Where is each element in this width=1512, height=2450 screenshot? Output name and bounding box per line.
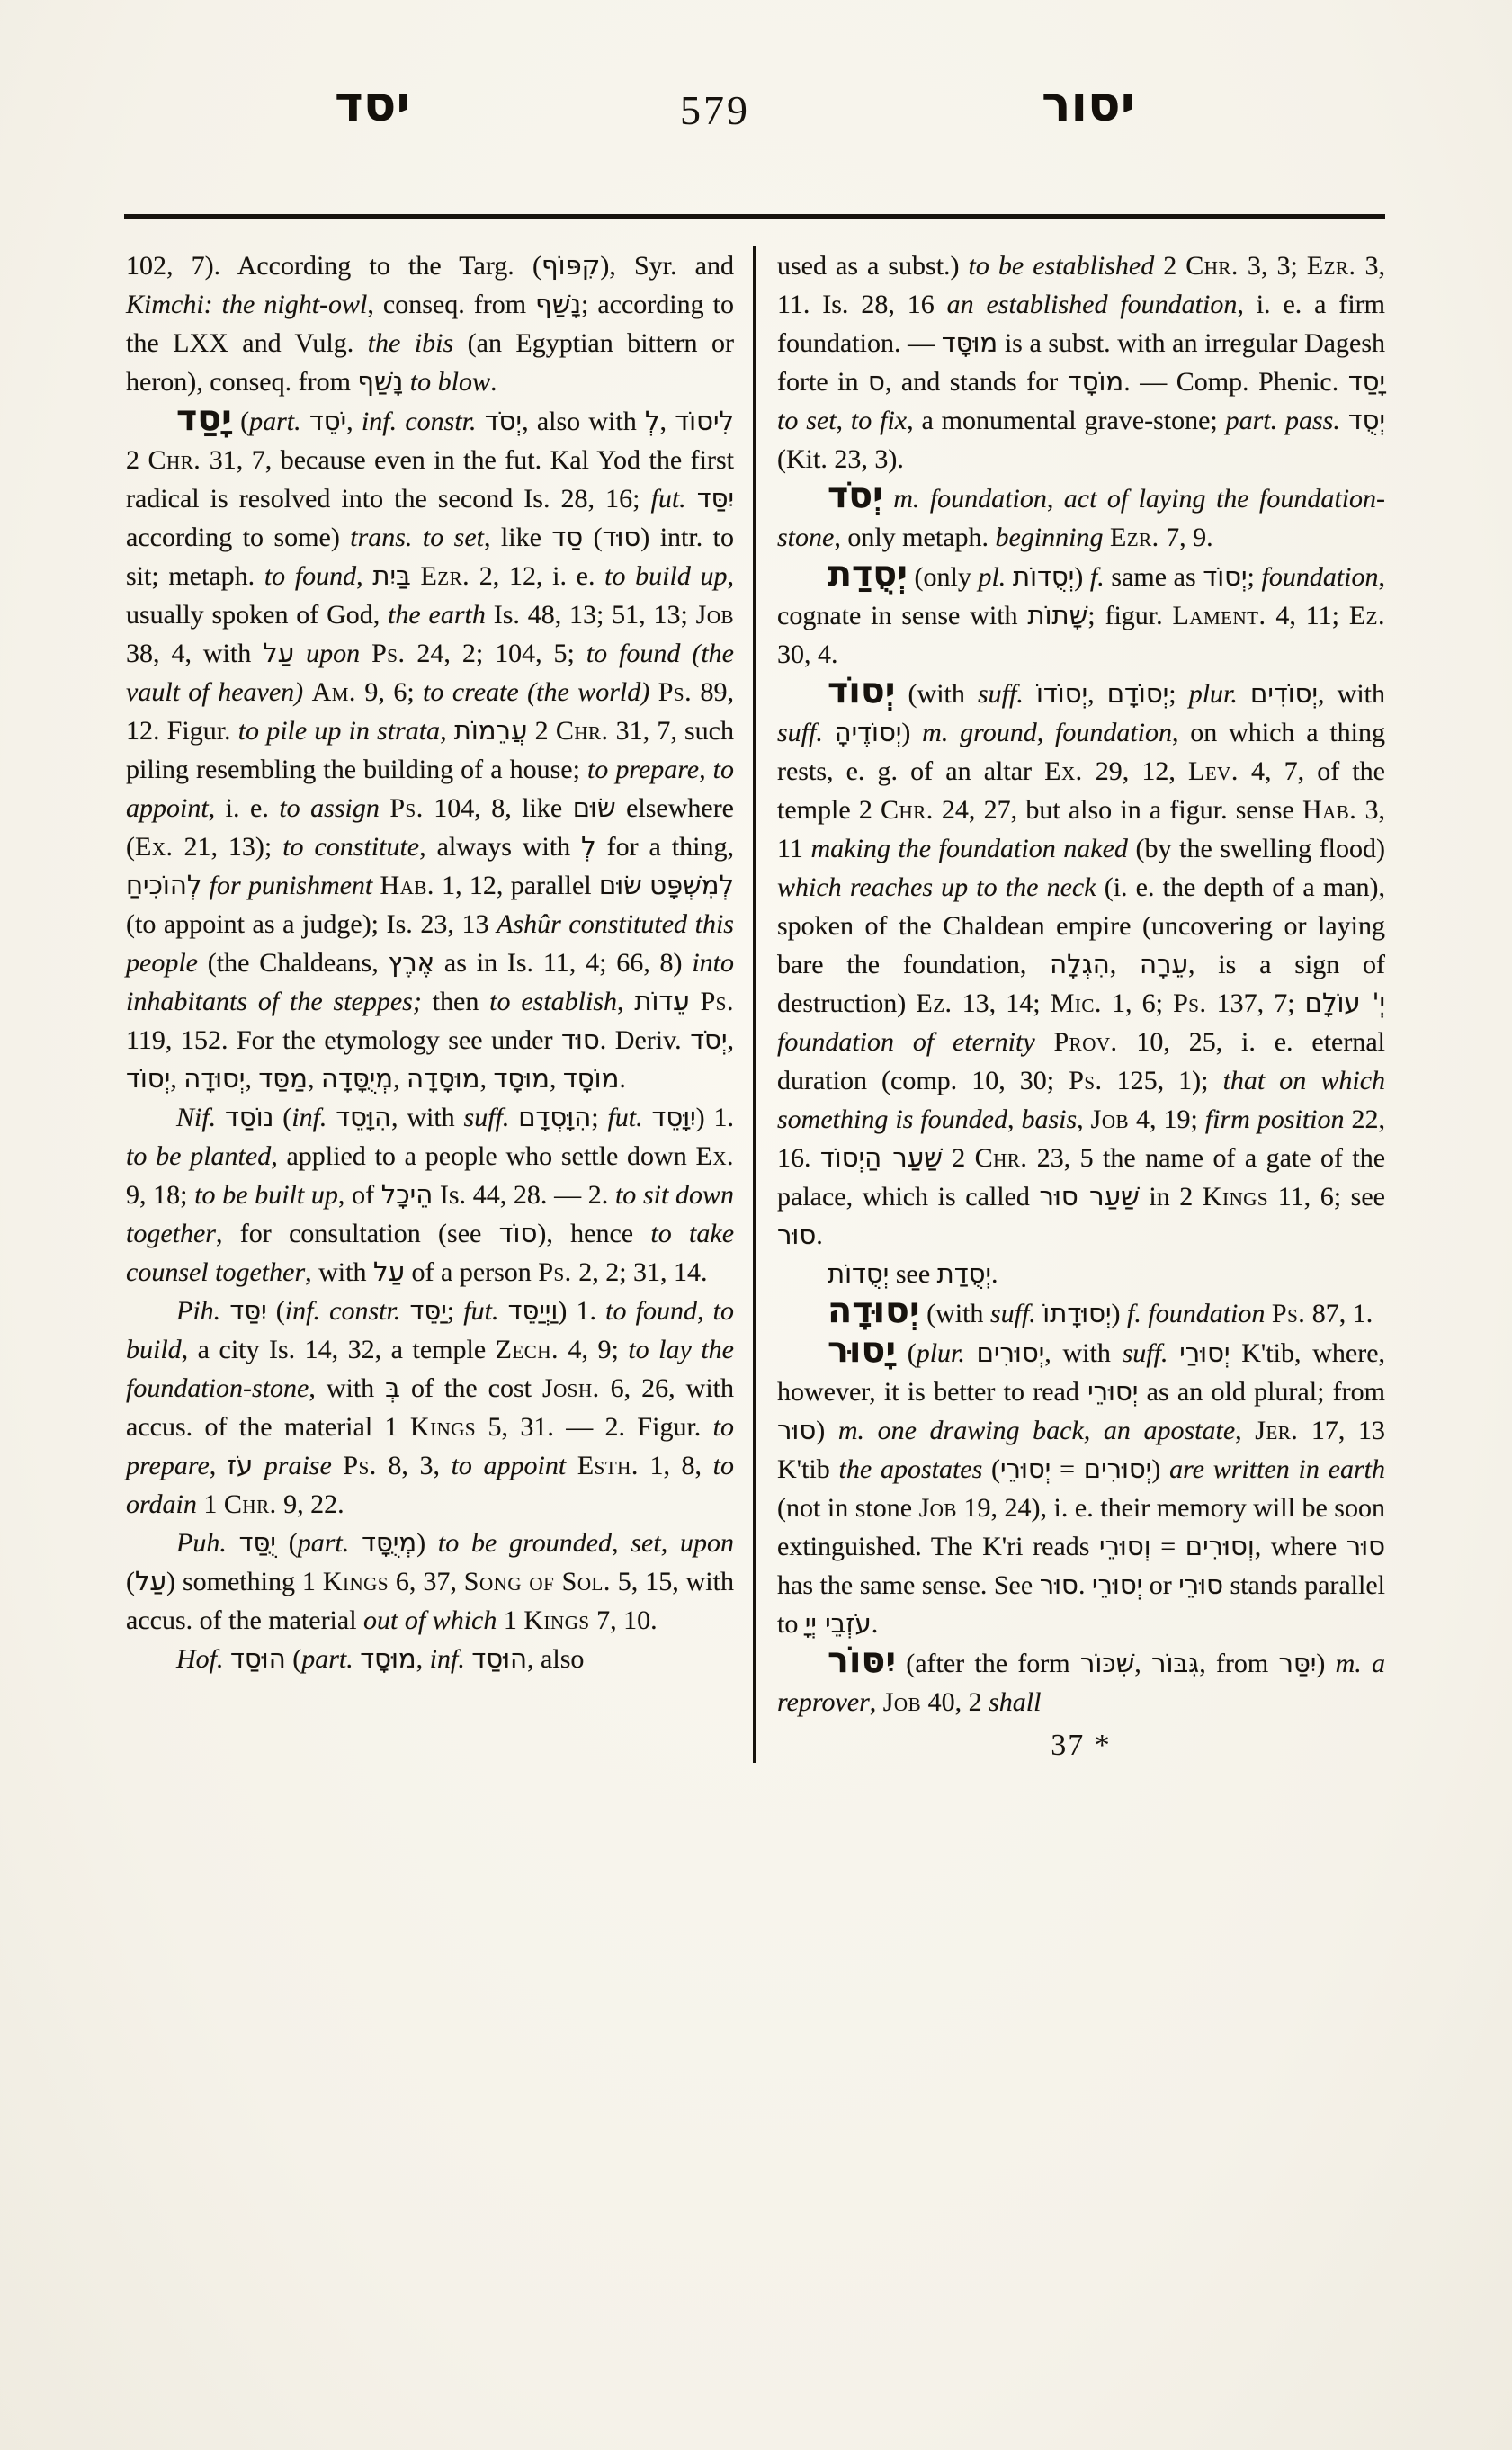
text-run: , always with — [419, 832, 581, 862]
text-run: ) — [816, 1416, 838, 1445]
text-run: , for consultation (see — [216, 1219, 499, 1248]
entry-paragraph: יָסוּר‎ (plur. יְסוּרִים‎, with suff. יְ… — [777, 1333, 1385, 1643]
text-run — [649, 677, 658, 707]
hebrew-word: עֵדוֹת‎ — [634, 986, 689, 1016]
hebrew-word: הִוָּסְדָם‎ — [518, 1102, 591, 1132]
hebrew-word: יְסוּרֵי‎ — [1087, 1376, 1138, 1407]
left-column-text: 102, 7). According to the Targ. (קִפּוֹף… — [126, 246, 734, 1678]
text-run: . — [619, 1064, 626, 1094]
italic-gloss: making the foundation naked — [811, 834, 1128, 863]
book-reference: Ex. — [1044, 756, 1083, 786]
italic-gloss: foundation of eternity — [777, 1027, 1035, 1057]
text-run: 1, 6; — [1102, 988, 1173, 1018]
book-reference: Hab. — [1302, 795, 1356, 825]
italic-gloss: Hof. — [176, 1644, 224, 1674]
text-run: 9, 6; — [356, 677, 423, 707]
text-run: ) — [1112, 1299, 1128, 1328]
italic-gloss: to found — [264, 561, 356, 591]
text-run: , i. e. — [209, 793, 280, 823]
text-run: Is. 44, 28. — 2. — [433, 1180, 615, 1210]
hebrew-word: לְמִשְׁפָּט‎ — [649, 870, 734, 900]
hebrew-word: יֹסֵד‎ — [309, 406, 346, 436]
text-run: . — Comp. Phenic. — [1123, 367, 1348, 397]
text-run: , also — [527, 1644, 584, 1674]
book-reference: Song of Sol. — [464, 1567, 611, 1596]
hebrew-word: עֹז‎ — [228, 1450, 253, 1480]
text-run: 2, 2; 31, 14. — [572, 1257, 708, 1287]
text-run: (Kit. 23, 3). — [777, 444, 904, 474]
italic-gloss: the earth — [388, 600, 486, 630]
hebrew-word: מְיֻסָּד‎ — [362, 1527, 416, 1558]
text-run: , — [479, 1064, 493, 1094]
italic-gloss: firm position — [1205, 1104, 1345, 1134]
text-run: 119, 152. For the etymology see under — [126, 1025, 561, 1055]
hebrew-word: לְ‎ — [645, 406, 660, 436]
hebrew-word: יְסוּרִים‎ — [1084, 1453, 1152, 1484]
hebrew-word: מוּסָד‎ — [493, 1063, 549, 1094]
italic-gloss: upon — [306, 639, 360, 668]
italic-gloss: an established foundation — [947, 290, 1238, 319]
text-run: ) something 1 — [166, 1567, 323, 1596]
text-run: ) — [416, 1528, 438, 1558]
hebrew-word: מוּסָד‎ — [360, 1643, 416, 1674]
text-run — [303, 677, 311, 707]
hebrew-word: וַיְיַסֵּד‎ — [508, 1295, 559, 1326]
text-run: ( — [276, 1528, 298, 1558]
text-run: ), Syr. and — [600, 251, 734, 281]
hebrew-word: יְסוּרֵי‎ — [1092, 1569, 1142, 1600]
book-reference: Lev. — [1188, 756, 1239, 786]
text-run: , where — [1255, 1532, 1346, 1561]
book-reference: Hab. — [380, 871, 434, 900]
text-run: 11, 6; see — [1268, 1182, 1385, 1212]
hebrew-word: יְסֻד‎ — [1348, 405, 1385, 435]
text-run: 2 — [943, 1143, 975, 1173]
text-run — [1238, 679, 1250, 709]
text-run: 13, 14; — [953, 988, 1051, 1018]
text-run: . — [1078, 1570, 1092, 1600]
text-run: (with — [895, 679, 978, 709]
text-run: , — [1134, 1649, 1151, 1678]
hebrew-word: יִסַּד‎ — [229, 1295, 266, 1326]
text-run: 2, 12, i. e. — [470, 561, 604, 591]
entry-paragraph: 102, 7). According to the Targ. (קִפּוֹף… — [126, 246, 734, 401]
italic-gloss: inf. constr. — [285, 1296, 401, 1326]
text-run: ( — [896, 1338, 917, 1368]
hebrew-word: סוּר‎ — [777, 1220, 816, 1250]
text-run — [1168, 1338, 1179, 1368]
text-run: 6, 37, — [389, 1567, 464, 1596]
text-run: ( — [126, 1567, 135, 1596]
text-run: ( — [982, 1454, 1000, 1484]
book-reference: Ps. — [538, 1257, 571, 1287]
text-run — [477, 407, 485, 436]
text-run: 1 — [197, 1489, 224, 1519]
book-reference: Prov. — [1054, 1027, 1118, 1057]
italic-gloss: foundation — [1262, 562, 1379, 592]
hebrew-word: שִׁכּוֹר‎ — [1080, 1648, 1134, 1678]
italic-gloss: to fix — [851, 406, 907, 435]
text-run: or — [1142, 1570, 1178, 1600]
text-run: (only — [908, 562, 979, 592]
text-columns: 102, 7). According to the Targ. (קִפּוֹף… — [126, 246, 1385, 1763]
italic-gloss: m. one drawing back, an apostate — [838, 1416, 1235, 1445]
hebrew-word: סוֹד‎ — [499, 1218, 538, 1248]
italic-gloss: Pih. — [176, 1296, 220, 1326]
hebrew-word: יְסוֹד‎ — [126, 1063, 170, 1094]
italic-gloss: which reaches up to the neck — [777, 872, 1096, 902]
italic-gloss: fut. — [607, 1103, 642, 1132]
text-run: . — [991, 1259, 998, 1289]
book-reference: Ps. — [658, 677, 692, 707]
book-reference: Esth. — [577, 1451, 639, 1480]
text-run: , — [1087, 679, 1107, 709]
text-run: 102, 7). According to the Targ. ( — [126, 251, 541, 281]
book-reference: Chr. — [975, 1143, 1028, 1173]
text-run: , applied to a people who settle down — [271, 1141, 695, 1171]
text-run: as in Is. 11, 4; 66, 8) — [434, 948, 692, 978]
text-run: , — [1007, 1104, 1022, 1134]
hebrew-word: יְסֻדוֹת‎ — [1013, 561, 1074, 592]
italic-gloss: part. — [249, 407, 301, 436]
hebrew-word: יְסֹד‎ — [485, 406, 522, 436]
italic-gloss: trans. to set — [350, 523, 484, 552]
text-run: , — [308, 1064, 321, 1094]
book-reference: Chr. — [224, 1489, 277, 1519]
column-divider-rule — [753, 246, 756, 1763]
text-run: , — [416, 1644, 430, 1674]
hebrew-word: יִסַּד‎ — [697, 483, 734, 514]
italic-gloss: inf. — [430, 1644, 465, 1674]
entry-paragraph: יְסוּדָה‎ (with suff. יְסוּדָתוֹ‎) f. fo… — [777, 1293, 1385, 1333]
hebrew-word: סוּר‎ — [777, 1415, 816, 1445]
book-reference: Kings — [410, 1412, 476, 1442]
hebrew-word: מְיֻסָּדָה‎ — [321, 1063, 393, 1094]
book-reference: Job — [919, 1493, 957, 1523]
text-run: , — [346, 407, 362, 436]
book-reference: Ezr. — [420, 561, 470, 591]
text-run: , with — [305, 1257, 373, 1287]
hebrew-headword: יָסַד‎ — [176, 398, 232, 439]
text-run: ) 1. — [558, 1296, 605, 1326]
text-run: , from — [1199, 1649, 1278, 1678]
text-run: (the Chaldeans, — [198, 948, 389, 978]
italic-gloss: suff. — [777, 718, 823, 747]
italic-gloss: the ibis — [368, 328, 453, 358]
text-run — [227, 1528, 239, 1558]
text-run: , a monumental grave-stone; — [907, 406, 1226, 435]
book-reference: Mic. — [1051, 988, 1102, 1018]
hebrew-word: יְסוֹדֶיהָ‎ — [835, 717, 902, 747]
hebrew-word: יְסוּרַי‎ — [1179, 1337, 1230, 1368]
italic-gloss: the apostates — [839, 1454, 983, 1484]
italic-gloss: to establish — [489, 987, 617, 1016]
hebrew-word: מוֹסָד‎ — [563, 1063, 619, 1094]
hebrew-word: הוּסַד‎ — [230, 1643, 286, 1674]
text-run — [216, 1103, 225, 1132]
text-run: . — [872, 1609, 879, 1639]
hebrew-word: בְּ‎ — [385, 1373, 400, 1403]
text-run — [643, 1103, 652, 1132]
hebrew-word: עֵרָה‎ — [1140, 949, 1188, 979]
book-reference: Ps. — [1069, 1066, 1102, 1095]
book-reference: Ex. — [696, 1141, 735, 1171]
hebrew-word: יְסוֹד‎ — [1203, 561, 1247, 592]
hebrew-word: הוּסַד‎ — [471, 1643, 527, 1674]
text-run — [642, 871, 649, 900]
book-reference: Ez. — [1349, 601, 1385, 630]
hebrew-word: קִפּוֹף‎ — [541, 250, 600, 281]
book-reference: Job — [883, 1687, 921, 1717]
book-reference: Kings — [523, 1605, 589, 1635]
hebrew-word: עַל‎ — [263, 638, 294, 668]
text-run: , — [356, 561, 372, 591]
hebrew-word: מַסַּד‎ — [258, 1063, 308, 1094]
text-run: ( — [273, 1103, 291, 1132]
hebrew-word: שַׁעַר סוּר‎ — [1040, 1181, 1140, 1212]
italic-gloss: to constitute — [282, 832, 419, 862]
italic-gloss: for punishment — [210, 871, 373, 900]
text-run: 29, 12, — [1083, 756, 1188, 786]
entry-paragraph: יְסוֹד‎ (with suff. יְסוֹדוֹ‎, יְסוֹדָם‎… — [777, 674, 1385, 1255]
hebrew-word: לְהוֹכִיחַ‎ — [126, 870, 201, 900]
text-run: 2 — [527, 716, 555, 746]
italic-gloss: to be grounded, set, upon — [438, 1528, 734, 1558]
book-reference: Josh. — [542, 1373, 600, 1403]
hebrew-word: שׂוּם‎ — [573, 792, 616, 823]
hebrew-word: עַל‎ — [135, 1566, 166, 1596]
hebrew-word: סוּר‎ — [1346, 1531, 1385, 1561]
hebrew-word: יֻסַּד‎ — [239, 1527, 276, 1558]
header-keyword-right: יסור — [1042, 76, 1135, 132]
book-reference: Ex. — [135, 832, 174, 862]
book-reference: Jer. — [1255, 1416, 1298, 1445]
hebrew-word: שַׁעַר הַיְסוֹד‎ — [820, 1142, 943, 1173]
text-run: ; — [1168, 679, 1188, 709]
italic-gloss: suff. — [1123, 1338, 1168, 1368]
page-number: 579 — [661, 86, 769, 134]
italic-gloss: f. foundation — [1127, 1299, 1265, 1328]
italic-gloss: inf. constr. — [362, 407, 477, 436]
text-run: , of — [338, 1180, 381, 1210]
hebrew-word: עַל‎ — [373, 1256, 405, 1287]
text-run: 21, 13); — [174, 832, 283, 862]
text-run: 1, 8, — [639, 1451, 713, 1480]
text-run — [380, 793, 390, 823]
text-run: , — [210, 1451, 228, 1480]
text-run: ) — [901, 718, 922, 747]
hebrew-headword: יִסּוֹר‎ — [828, 1640, 896, 1681]
book-reference: Ps. — [371, 639, 405, 668]
text-run: , with — [1318, 679, 1385, 709]
italic-gloss: beginning — [995, 523, 1103, 552]
hebrew-word: מוֹסָד‎ — [1068, 366, 1123, 397]
text-run: Is. 48, 13; 51, 13; — [486, 600, 696, 630]
text-run: . — [490, 367, 497, 397]
text-run: , — [245, 1064, 258, 1094]
text-run — [566, 1451, 577, 1480]
entry-paragraph: יְסֻדוֹת‎ see יְסֻדַת‎. — [777, 1255, 1385, 1293]
text-run: 87, 1. — [1305, 1299, 1373, 1328]
entry-paragraph: יְסֻדַת‎ (only pl. יְסֻדוֹת‎) f. same as… — [777, 557, 1385, 674]
text-run: ), hence — [537, 1219, 650, 1248]
hebrew-word: יִסַּר‎ — [1279, 1648, 1317, 1678]
text-run: , also with — [522, 407, 645, 436]
hebrew-word: הִוָּסֵד‎ — [336, 1102, 391, 1132]
hebrew-word: יְסוֹדוֹ‎ — [1036, 678, 1087, 709]
text-run: in 2 — [1140, 1182, 1203, 1212]
text-run: , — [1110, 950, 1140, 979]
text-run: according to some) — [126, 523, 350, 552]
hebrew-headword: יְסוֹד‎ — [828, 670, 895, 711]
text-run: , a city Is. 14, 32, a temple — [182, 1335, 496, 1364]
text-run: , — [660, 407, 675, 436]
text-run: used as a subst.) — [777, 251, 969, 281]
text-run: , — [550, 1064, 563, 1094]
text-run — [498, 1296, 507, 1326]
hebrew-word: יְסוּדָתוֹ‎ — [1042, 1298, 1111, 1328]
text-run: , with — [1044, 1338, 1122, 1368]
italic-gloss: to appoint — [452, 1451, 567, 1480]
text-run — [1035, 1027, 1054, 1057]
hebrew-word: עֲרֵמוֹת‎ — [454, 715, 528, 746]
italic-gloss: basis — [1021, 1104, 1077, 1134]
hebrew-word: סוּד‎ — [603, 522, 641, 552]
text-run: ) — [1151, 1454, 1169, 1484]
italic-gloss: to blow — [410, 367, 490, 397]
text-run: of a person — [405, 1257, 538, 1287]
italic-gloss: plur. — [917, 1338, 965, 1368]
entry-paragraph: יִסּוֹר‎ (after the form שִׁכּוֹר‎, גִּב… — [777, 1643, 1385, 1721]
hebrew-word: אֶרֶץ‎ — [389, 947, 435, 978]
hebrew-word: גִּבּוֹר‎ — [1151, 1648, 1199, 1678]
text-run — [360, 639, 371, 668]
hebrew-headword: יְסוּדָה‎ — [828, 1290, 920, 1331]
book-reference: Zech. — [496, 1335, 559, 1364]
text-run: 8, 3, — [377, 1451, 452, 1480]
text-run — [1024, 679, 1036, 709]
book-reference: Ez. — [916, 988, 952, 1018]
text-run: , — [440, 716, 454, 746]
hebrew-word: נוֹסַד‎ — [225, 1102, 273, 1132]
text-run: = — [1051, 1454, 1083, 1484]
hebrew-word: סוּד‎ — [561, 1024, 600, 1055]
book-reference: Kings — [323, 1567, 389, 1596]
book-reference: Chr. — [556, 716, 609, 746]
text-run: as an old plural; from — [1138, 1377, 1385, 1407]
hebrew-word: יְסוֹדָם‎ — [1107, 678, 1169, 709]
text-run: ( — [267, 1296, 285, 1326]
text-run — [1103, 523, 1110, 552]
text-run — [690, 987, 701, 1016]
text-run: , with — [309, 1373, 385, 1403]
book-reference: Ps. — [389, 793, 423, 823]
entry-paragraph: Hof. הוּסַד‎ (part. מוּסָד‎, inf. הוּסַד… — [126, 1640, 734, 1678]
text-run: ; — [1248, 562, 1262, 592]
hebrew-word: יְסוּדָה‎ — [183, 1063, 245, 1094]
text-run: . Deriv. — [600, 1025, 690, 1055]
italic-gloss: to assign — [279, 793, 380, 823]
text-run: ; — [591, 1103, 607, 1132]
book-reference: Chr. — [148, 445, 201, 475]
book-reference: Kings — [1203, 1182, 1268, 1212]
italic-gloss: to be built up — [194, 1180, 338, 1210]
text-run: ( — [286, 1644, 302, 1674]
italic-gloss: Nif. — [176, 1103, 216, 1132]
hebrew-word: נָשַׁף‎ — [535, 289, 581, 319]
hebrew-word: יְסֻדוֹת‎ — [828, 1258, 889, 1289]
text-run: , with — [391, 1103, 464, 1132]
text-run — [301, 407, 309, 436]
text-run: 7, 10. — [590, 1605, 658, 1635]
italic-gloss: pl. — [978, 562, 1006, 592]
text-run: ( — [232, 407, 249, 436]
text-run: 1 — [497, 1605, 523, 1635]
italic-gloss: fut. — [650, 484, 685, 514]
text-run: 30, 4. — [777, 639, 838, 669]
text-run: 40, 2 — [921, 1687, 989, 1717]
text-run: then — [422, 987, 489, 1016]
italic-gloss: suff. — [990, 1299, 1036, 1328]
italic-gloss: to be established — [969, 251, 1155, 281]
header-keyword-left: יסד — [335, 76, 410, 132]
hebrew-word: יְסוּרִים‎ — [977, 1337, 1045, 1368]
italic-gloss: part. pass. — [1226, 406, 1340, 435]
text-run: , — [1235, 1416, 1255, 1445]
text-run: for a thing, — [596, 832, 734, 862]
text-run — [220, 1296, 229, 1326]
hebrew-word: יְסוֹדִים‎ — [1250, 678, 1318, 709]
text-run — [332, 1451, 344, 1480]
text-run — [1265, 1299, 1272, 1328]
italic-gloss: to build up — [604, 561, 727, 591]
text-run — [294, 639, 306, 668]
text-run: 31, 7, because even in the fut. Kal Yod … — [126, 445, 734, 514]
book-reference: Ps. — [701, 987, 734, 1016]
hebrew-word: יְסוּרֵי‎ — [1000, 1453, 1051, 1484]
text-run: ) — [1316, 1649, 1335, 1678]
text-run: , — [170, 1064, 183, 1094]
left-column: 102, 7). According to the Targ. (קִפּוֹף… — [126, 246, 734, 1763]
text-run: , — [1047, 484, 1064, 514]
hebrew-word: הִגְלָה‎ — [1050, 949, 1110, 979]
text-run: ( — [583, 523, 602, 552]
book-reference: Ps. — [1173, 988, 1206, 1018]
text-run: 7, 9. — [1159, 523, 1213, 552]
hebrew-word: וְסוּרֵי‎ — [1099, 1531, 1151, 1561]
italic-gloss: shall — [989, 1687, 1041, 1717]
entry-paragraph: Pih. יִסַּד‎ (inf. constr. יַסֵּד‎; fut.… — [126, 1292, 734, 1524]
text-run: ) — [1074, 562, 1090, 592]
right-column: used as a subst.) to be established 2 Ch… — [777, 246, 1385, 1763]
hebrew-word: לִיסוֹד‎ — [675, 406, 734, 436]
hebrew-word: יַסֵּד‎ — [409, 1295, 446, 1326]
book-reference: Ezr. — [1307, 251, 1356, 281]
text-run: , only metaph. — [834, 523, 995, 552]
italic-gloss: fut. — [463, 1296, 498, 1326]
italic-gloss: out of which — [363, 1605, 497, 1635]
text-run: 9, 18; — [126, 1180, 194, 1210]
hebrew-headword: יְסֻדַת‎ — [828, 553, 908, 595]
italic-gloss: part. — [301, 1644, 353, 1674]
text-run — [823, 718, 835, 747]
hebrew-word: יְסֹד‎ — [690, 1024, 727, 1055]
italic-gloss: plur. — [1189, 679, 1238, 709]
book-reference: Chr. — [881, 795, 934, 825]
text-run: (to appoint as a judge); Is. 23, 13 — [126, 909, 497, 939]
text-run: (after the form — [896, 1649, 1080, 1678]
book-reference: Lament. — [1173, 601, 1266, 630]
